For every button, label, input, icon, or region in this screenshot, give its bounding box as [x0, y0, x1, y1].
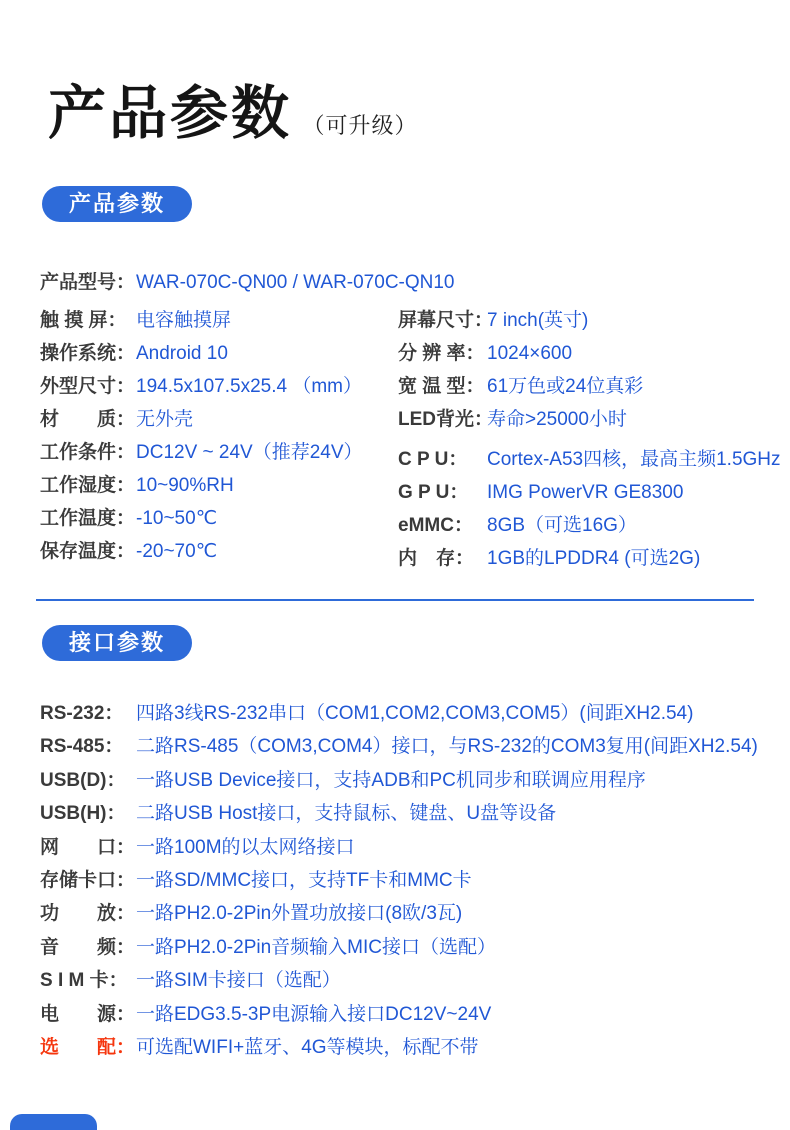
spec-label: 功 放：	[40, 897, 136, 930]
spec-label: 存储卡口：	[40, 864, 136, 897]
spec-label: 屏幕尺寸：	[398, 304, 487, 337]
spec-label: 工作湿度：	[40, 469, 136, 502]
spec-label: 音 频：	[40, 931, 136, 964]
spec-value: 可选配WIFI+蓝牙、4G等模块，标配不带	[136, 1031, 479, 1064]
spec-value: 一路SD/MMC接口，支持TF卡和MMC卡	[136, 864, 472, 897]
spec-row: RS-485： 二路RS-485（COM3,COM4）接口，与RS-232的CO…	[40, 730, 780, 763]
spec-value: 一路EDG3.5-3P电源输入接口DC12V~24V	[136, 998, 491, 1031]
spec-value: -10~50℃	[136, 502, 217, 535]
spec-value: IMG PowerVR GE8300	[487, 476, 683, 509]
page-title: 产品参数	[48, 66, 292, 150]
spec-row: 电 源： 一路EDG3.5-3P电源输入接口DC12V~24V	[40, 998, 780, 1031]
spec-value: -20~70℃	[136, 535, 217, 568]
spec-value: Cortex-A53四核，最高主频1.5GHz	[487, 443, 781, 476]
spec-label: RS-485：	[40, 730, 136, 763]
spec-value: 寿命>25000小时	[487, 403, 627, 436]
spec-row: G P U： IMG PowerVR GE8300	[398, 476, 790, 509]
spec-label: 网 口：	[40, 831, 136, 864]
spec-row: 选 配： 可选配WIFI+蓝牙、4G等模块，标配不带	[40, 1031, 780, 1064]
spec-label: 分 辨 率：	[398, 337, 487, 370]
spec-row: LED背光： 寿命>25000小时	[398, 403, 790, 436]
section-badge-product-params: 产品参数	[42, 186, 192, 222]
spec-row: 工作温度： -10~50℃	[40, 502, 396, 535]
product-model-row: 产品型号： WAR-070C-QN00 / WAR-070C-QN10	[40, 266, 455, 299]
spec-value: 电容触摸屏	[136, 304, 231, 337]
spec-value: 8GB（可选16G）	[487, 509, 637, 542]
spec-value: 一路SIM卡接口	[136, 964, 265, 997]
spec-value-optional-tag: （选配）	[420, 931, 496, 964]
spec-value: 一路USB Device接口，支持ADB和PC机同步和联调应用程序	[136, 764, 646, 797]
page-title-note: （可升级）	[302, 109, 417, 140]
spec-row: 宽 温 型： 61万色或24位真彩	[398, 370, 790, 403]
spec-row: 工作条件： DC12V ~ 24V（推荐24V）	[40, 436, 396, 469]
interface-spec-list: RS-232： 四路3线RS-232串口（COM1,COM2,COM3,COM5…	[40, 697, 780, 1064]
spec-row: USB(D)： 一路USB Device接口，支持ADB和PC机同步和联调应用程…	[40, 764, 780, 797]
spec-value: 194.5x107.5x25.4 （mm）	[136, 370, 362, 403]
spec-value: WAR-070C-QN00 / WAR-070C-QN10	[136, 266, 455, 299]
section-divider	[36, 599, 754, 601]
spec-row: 屏幕尺寸： 7 inch(英寸)	[398, 304, 790, 337]
spec-label: 操作系统：	[40, 337, 136, 370]
spec-label: 工作温度：	[40, 502, 136, 535]
spec-row: 功 放： 一路PH2.0-2Pin外置功放接口(8欧/3瓦)	[40, 897, 780, 930]
spec-label: 触 摸 屏：	[40, 304, 136, 337]
spec-value: 二路USB Host接口，支持鼠标、键盘、U盘等设备	[136, 797, 556, 830]
spec-label: 工作条件：	[40, 436, 136, 469]
spec-value: 61万色或24位真彩	[487, 370, 643, 403]
spec-value: Android 10	[136, 337, 228, 370]
spec-label: 材 质：	[40, 403, 136, 436]
spec-row: eMMC： 8GB（可选16G）	[398, 509, 790, 542]
spec-row: 保存温度： -20~70℃	[40, 535, 396, 568]
spec-label: 宽 温 型：	[398, 370, 487, 403]
spec-value: 1GB的LPDDR4 (可选2G)	[487, 542, 700, 575]
spec-label: USB(H)：	[40, 797, 136, 830]
spec-row: 存储卡口： 一路SD/MMC接口，支持TF卡和MMC卡	[40, 864, 780, 897]
spec-row: 触 摸 屏： 电容触摸屏	[40, 304, 396, 337]
product-spec-column-right: 屏幕尺寸： 7 inch(英寸) 分 辨 率： 1024×600 宽 温 型： …	[398, 304, 790, 575]
spec-row: 外型尺寸： 194.5x107.5x25.4 （mm）	[40, 370, 396, 403]
spec-row: 材 质： 无外壳	[40, 403, 396, 436]
spec-value: 无外壳	[136, 403, 193, 436]
spec-label: RS-232：	[40, 697, 136, 730]
spec-label: eMMC：	[398, 509, 487, 542]
spec-row: C P U： Cortex-A53四核，最高主频1.5GHz	[398, 443, 790, 476]
spec-label: 产品型号：	[40, 266, 136, 299]
spec-label: LED背光：	[398, 403, 487, 436]
spec-value: 四路3线RS-232串口（COM1,COM2,COM3,COM5）(间距XH2.…	[136, 697, 693, 730]
spec-row: 分 辨 率： 1024×600	[398, 337, 790, 370]
spec-label: 选 配：	[40, 1031, 136, 1064]
spec-row: USB(H)： 二路USB Host接口，支持鼠标、键盘、U盘等设备	[40, 797, 780, 830]
spec-value: 7 inch(英寸)	[487, 304, 588, 337]
spec-label: USB(D)：	[40, 764, 136, 797]
spec-value: 一路100M的以太网络接口	[136, 831, 355, 864]
spec-value: 1024×600	[487, 337, 572, 370]
spec-row: 内 存： 1GB的LPDDR4 (可选2G)	[398, 542, 790, 575]
spec-label: 外型尺寸：	[40, 370, 136, 403]
product-spec-column-left: 触 摸 屏： 电容触摸屏 操作系统： Android 10 外型尺寸： 194.…	[40, 304, 396, 568]
spec-label: C P U：	[398, 443, 487, 476]
spec-label: 电 源：	[40, 998, 136, 1031]
page-header: 产品参数 （可升级）	[48, 66, 417, 150]
spec-row: 操作系统： Android 10	[40, 337, 396, 370]
spec-label: G P U：	[398, 476, 487, 509]
spec-row: 音 频： 一路PH2.0-2Pin音频输入MIC接口 （选配）	[40, 931, 780, 964]
spec-value: 二路RS-485（COM3,COM4）接口，与RS-232的COM3复用(间距X…	[136, 730, 758, 763]
spec-label: 内 存：	[398, 542, 487, 575]
spec-row: S I M 卡： 一路SIM卡接口 （选配）	[40, 964, 780, 997]
spec-row: 网 口： 一路100M的以太网络接口	[40, 831, 780, 864]
spec-value: DC12V ~ 24V（推荐24V）	[136, 436, 363, 469]
spec-value: 一路PH2.0-2Pin音频输入MIC接口	[136, 931, 420, 964]
spec-value: 一路PH2.0-2Pin外置功放接口(8欧/3瓦)	[136, 897, 462, 930]
spec-value: 10~90%RH	[136, 469, 234, 502]
spec-row: 工作湿度： 10~90%RH	[40, 469, 396, 502]
section-badge-interface-params: 接口参数	[42, 625, 192, 661]
next-section-badge-partial	[10, 1114, 97, 1130]
spec-label: 保存温度：	[40, 535, 136, 568]
spec-row: RS-232： 四路3线RS-232串口（COM1,COM2,COM3,COM5…	[40, 697, 780, 730]
spec-label: S I M 卡：	[40, 964, 136, 997]
spec-value-optional-tag: （选配）	[265, 964, 341, 997]
